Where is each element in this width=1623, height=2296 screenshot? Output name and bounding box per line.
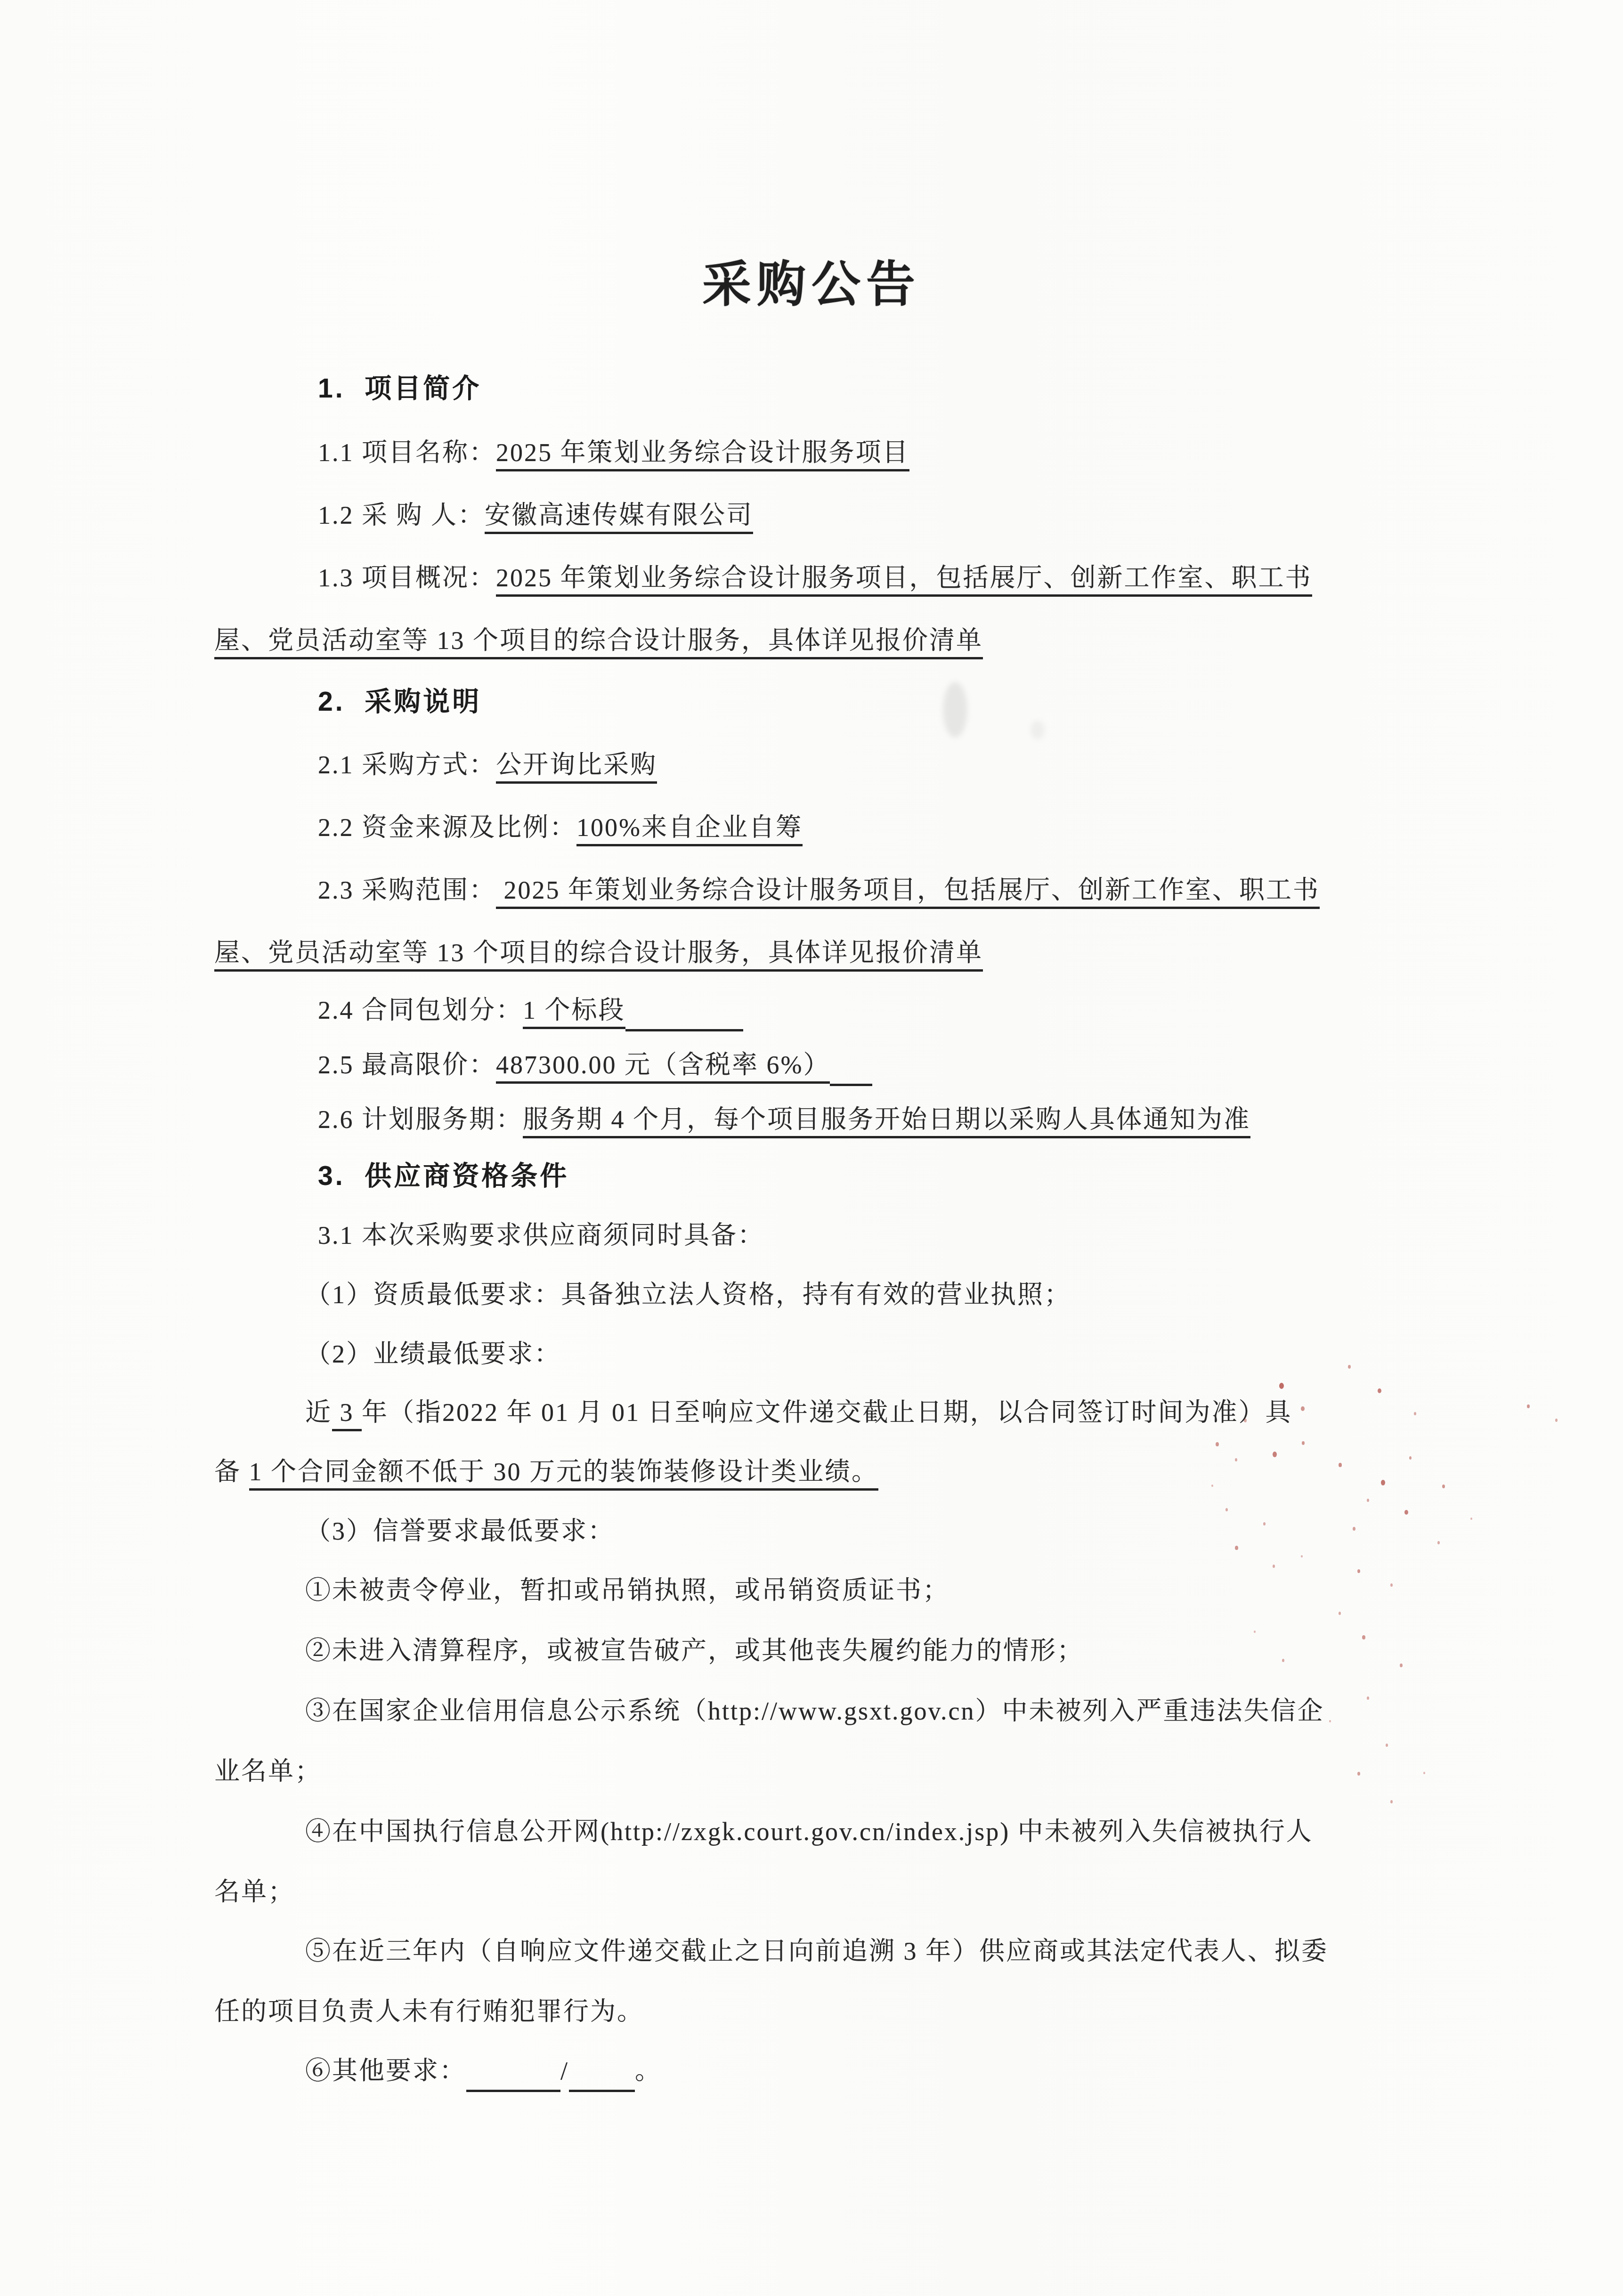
underlined-value: 3: [332, 1398, 362, 1431]
text-segment: 1.3 项目概况：: [318, 564, 496, 592]
text-segment: 任的项目负责人未有行贿犯罪行为。: [214, 1997, 644, 2026]
text-segment: ④在中国执行信息公开网(http://zxgk.court.gov.cn/ind…: [305, 1817, 1313, 1846]
heading-2-procurement-notes: 2. 采购说明: [318, 685, 481, 719]
item-2-1-method: 2.1 采购方式：公开询比采购: [318, 749, 657, 781]
credit-req-4-cont: 名单；: [214, 1876, 295, 1908]
credit-req-2: ②未进入清算程序，或被宣告破产，或其他丧失履约能力的情形；: [305, 1635, 1084, 1667]
text-segment: 业名单；: [214, 1757, 322, 1785]
text-segment: 3. 供应商资格条件: [318, 1161, 569, 1191]
scan-smudge: [943, 682, 967, 738]
text-segment: 2.3 采购范围：: [318, 876, 496, 904]
text-segment: 3.1 本次采购要求供应商须同时具备：: [318, 1221, 764, 1249]
item-2-3-scope: 2.3 采购范围： 2025 年策划业务综合设计服务项目，包括展厅、创新工作室、…: [318, 875, 1320, 907]
item-3-1-2-performance: （2）业绩最低要求：: [305, 1339, 561, 1371]
underlined-value: 100%来自企业自筹: [576, 813, 803, 846]
item-2-6-service-period: 2.6 计划服务期：服务期 4 个月，每个项目服务开始日期以采购人具体通知为准: [318, 1104, 1250, 1136]
text-segment: 年（指2022 年 01 月 01 日至响应文件递交截止日期，以合同签订时间为准…: [362, 1398, 1292, 1427]
red-stamp-speck: [1367, 1499, 1369, 1502]
item-3-1-3-credit: （3）信誉要求最低要求：: [305, 1516, 615, 1548]
blank-underline: [625, 995, 743, 1031]
text-segment: 2.2 资金来源及比例：: [318, 813, 576, 842]
red-stamp-speck: [1357, 1569, 1360, 1573]
underlined-value: 屋、党员活动室等 13 个项目的综合设计服务，具体详见报价清单: [214, 626, 983, 659]
item-2-3-scope-cont: 屋、党员活动室等 13 个项目的综合设计服务，具体详见报价清单: [214, 937, 983, 969]
underlined-value: 屋、党员活动室等 13 个项目的综合设计服务，具体详见报价清单: [214, 939, 983, 972]
text-segment: ②未进入清算程序，或被宣告破产，或其他丧失履约能力的情形；: [305, 1637, 1084, 1665]
underlined-value: 2025 年策划业务综合设计服务项目，包括展厅、创新工作室、职工书: [496, 564, 1312, 597]
credit-req-5: ⑤在近三年内（自响应文件递交截止之日向前追溯 3 年）供应商或其法定代表人、拟委: [305, 1936, 1328, 1968]
item-1-3-project-overview: 1.3 项目概况：2025 年策划业务综合设计服务项目，包括展厅、创新工作室、职…: [318, 562, 1312, 594]
red-stamp-speck: [1390, 1583, 1393, 1587]
blank-underline: [569, 2055, 635, 2092]
heading-3-supplier-qualification: 3. 供应商资格条件: [318, 1160, 569, 1193]
credit-req-6-other: ⑥其他要求： / 。: [305, 2055, 662, 2092]
red-stamp-speck: [1414, 1412, 1416, 1415]
red-stamp-speck: [1353, 1527, 1355, 1531]
red-stamp-speck: [1302, 1441, 1305, 1445]
blank-underline: [830, 1049, 872, 1086]
red-stamp-speck: [1235, 1546, 1238, 1550]
red-stamp-speck: [1211, 1485, 1213, 1487]
red-stamp-speck: [1378, 1388, 1381, 1393]
red-stamp-speck: [1282, 1659, 1284, 1662]
heading-1-project-intro: 1. 项目简介: [318, 372, 481, 406]
red-stamp-speck: [1254, 1631, 1256, 1633]
red-stamp-speck: [1409, 1456, 1412, 1460]
item-2-4-contract-packages: 2.4 合同包划分：1 个标段: [318, 995, 743, 1031]
text-segment: 名单；: [214, 1878, 295, 1906]
text-segment: （2）业绩最低要求：: [305, 1340, 561, 1368]
text-segment: 2. 采购说明: [318, 687, 481, 717]
underlined-value: 487300.00 元（含税率 6%）: [496, 1051, 830, 1084]
item-2-5-max-price: 2.5 最高限价：487300.00 元（含税率 6%）: [318, 1049, 872, 1086]
text-segment: 2.6 计划服务期：: [318, 1105, 523, 1134]
underlined-value: 2025 年策划业务综合设计服务项目: [496, 438, 909, 471]
underlined-value: 2025 年策划业务综合设计服务项目，包括展厅、创新工作室、职工书: [496, 876, 1320, 909]
text-segment: 1. 项目简介: [318, 373, 481, 404]
red-stamp-speck: [1390, 1800, 1393, 1803]
document-page: 采购公告 1. 项目简介1.1 项目名称：2025 年策划业务综合设计服务项目1…: [0, 0, 1623, 2296]
credit-req-3-cont: 业名单；: [214, 1756, 322, 1788]
item-3-1-requirements: 3.1 本次采购要求供应商须同时具备：: [318, 1220, 764, 1252]
text-segment: 1.2 采 购 人：: [318, 501, 485, 529]
item-1-3-overview-cont: 屋、党员活动室等 13 个项目的综合设计服务，具体详见报价清单: [214, 625, 983, 657]
red-stamp-speck: [1273, 1565, 1275, 1568]
text-segment: 备: [214, 1458, 249, 1486]
credit-req-1: ①未被责令停业，暂扣或吊销执照，或吊销资质证书；: [305, 1575, 949, 1607]
item-2-2-funding: 2.2 资金来源及比例：100%来自企业自筹: [318, 812, 803, 844]
text-segment: 1.1 项目名称：: [318, 438, 496, 467]
red-stamp-speck: [1442, 1485, 1445, 1488]
red-stamp-speck: [1423, 1772, 1425, 1774]
credit-req-5-cont: 任的项目负责人未有行贿犯罪行为。: [214, 1996, 644, 2028]
underlined-value: 服务期 4 个月，每个项目服务开始日期以采购人具体通知为准: [523, 1105, 1250, 1138]
red-stamp-speck: [1400, 1663, 1403, 1667]
text-segment: 2.4 合同包划分：: [318, 996, 523, 1024]
page-title: 采购公告: [0, 245, 1623, 316]
text-segment: ⑥其他要求：: [305, 2057, 466, 2085]
red-stamp-speck: [1301, 1406, 1305, 1411]
credit-req-3: ③在国家企业信用信息公示系统（http://www.gsxt.gov.cn）中未…: [305, 1696, 1324, 1728]
red-stamp-speck: [1470, 1517, 1472, 1520]
text-segment: 近: [305, 1398, 332, 1427]
text-segment: ⑤在近三年内（自响应文件递交截止之日向前追溯 3 年）供应商或其法定代表人、拟委: [305, 1937, 1328, 1965]
red-stamp-speck: [1386, 1744, 1388, 1747]
text-segment: （1）资质最低要求：具备独立法人资格，持有有效的营业执照；: [305, 1281, 1071, 1309]
text-segment: 。: [635, 2057, 662, 2085]
underlined-value: 安徽高速传媒有限公司: [485, 501, 753, 534]
red-stamp-speck: [1339, 1612, 1341, 1615]
red-stamp-speck: [1273, 1452, 1277, 1457]
red-stamp-speck: [1244, 1419, 1247, 1422]
red-stamp-speck: [1225, 1508, 1228, 1511]
para-performance-detail-cont: 备 1 个合同金额不低于 30 万元的装饰装修设计类业绩。: [214, 1456, 878, 1488]
red-stamp-speck: [1437, 1541, 1440, 1544]
red-stamp-speck: [1348, 1365, 1351, 1369]
red-stamp-speck: [1339, 1463, 1342, 1467]
scan-smudge: [1031, 721, 1045, 739]
text-segment: （3）信誉要求最低要求：: [305, 1517, 615, 1545]
red-stamp-speck: [1301, 1555, 1303, 1558]
text-segment: 2.1 采购方式：: [318, 751, 496, 779]
red-stamp-speck: [1329, 1720, 1331, 1722]
para-performance-detail: 近 3 年（指2022 年 01 月 01 日至响应文件递交截止日期，以合同签订…: [305, 1397, 1292, 1429]
item-3-1-1-qualification: （1）资质最低要求：具备独立法人资格，持有有效的营业执照；: [305, 1279, 1071, 1311]
red-stamp-speck: [1555, 1419, 1558, 1422]
credit-req-4: ④在中国执行信息公开网(http://zxgk.court.gov.cn/ind…: [305, 1816, 1313, 1848]
underlined-value: 公开询比采购: [496, 751, 657, 784]
item-1-2-purchaser: 1.2 采 购 人：安徽高速传媒有限公司: [318, 500, 753, 532]
item-1-1-project-name: 1.1 项目名称：2025 年策划业务综合设计服务项目: [318, 437, 909, 469]
underlined-value: 1 个标段: [523, 996, 625, 1029]
text-segment: /: [560, 2057, 569, 2085]
red-stamp-speck: [1235, 1458, 1237, 1461]
red-stamp-speck: [1527, 1404, 1530, 1408]
red-stamp-speck: [1404, 1510, 1408, 1515]
underlined-value: 1 个合同金额不低于 30 万元的装饰装修设计类业绩。: [249, 1458, 879, 1491]
red-stamp-speck: [1367, 1696, 1369, 1700]
text-segment: 2.5 最高限价：: [318, 1051, 496, 1079]
text-segment: ①未被责令停业，暂扣或吊销执照，或吊销资质证书；: [305, 1576, 949, 1605]
red-stamp-speck: [1279, 1383, 1284, 1389]
text-segment: ③在国家企业信用信息公示系统（http://www.gsxt.gov.cn）中未…: [305, 1697, 1324, 1725]
red-stamp-speck: [1381, 1480, 1385, 1485]
blank-underline: [466, 2055, 560, 2092]
red-stamp-speck: [1263, 1522, 1266, 1525]
red-stamp-speck: [1216, 1442, 1219, 1446]
red-stamp-speck: [1357, 1772, 1360, 1776]
red-stamp-speck: [1362, 1635, 1365, 1639]
